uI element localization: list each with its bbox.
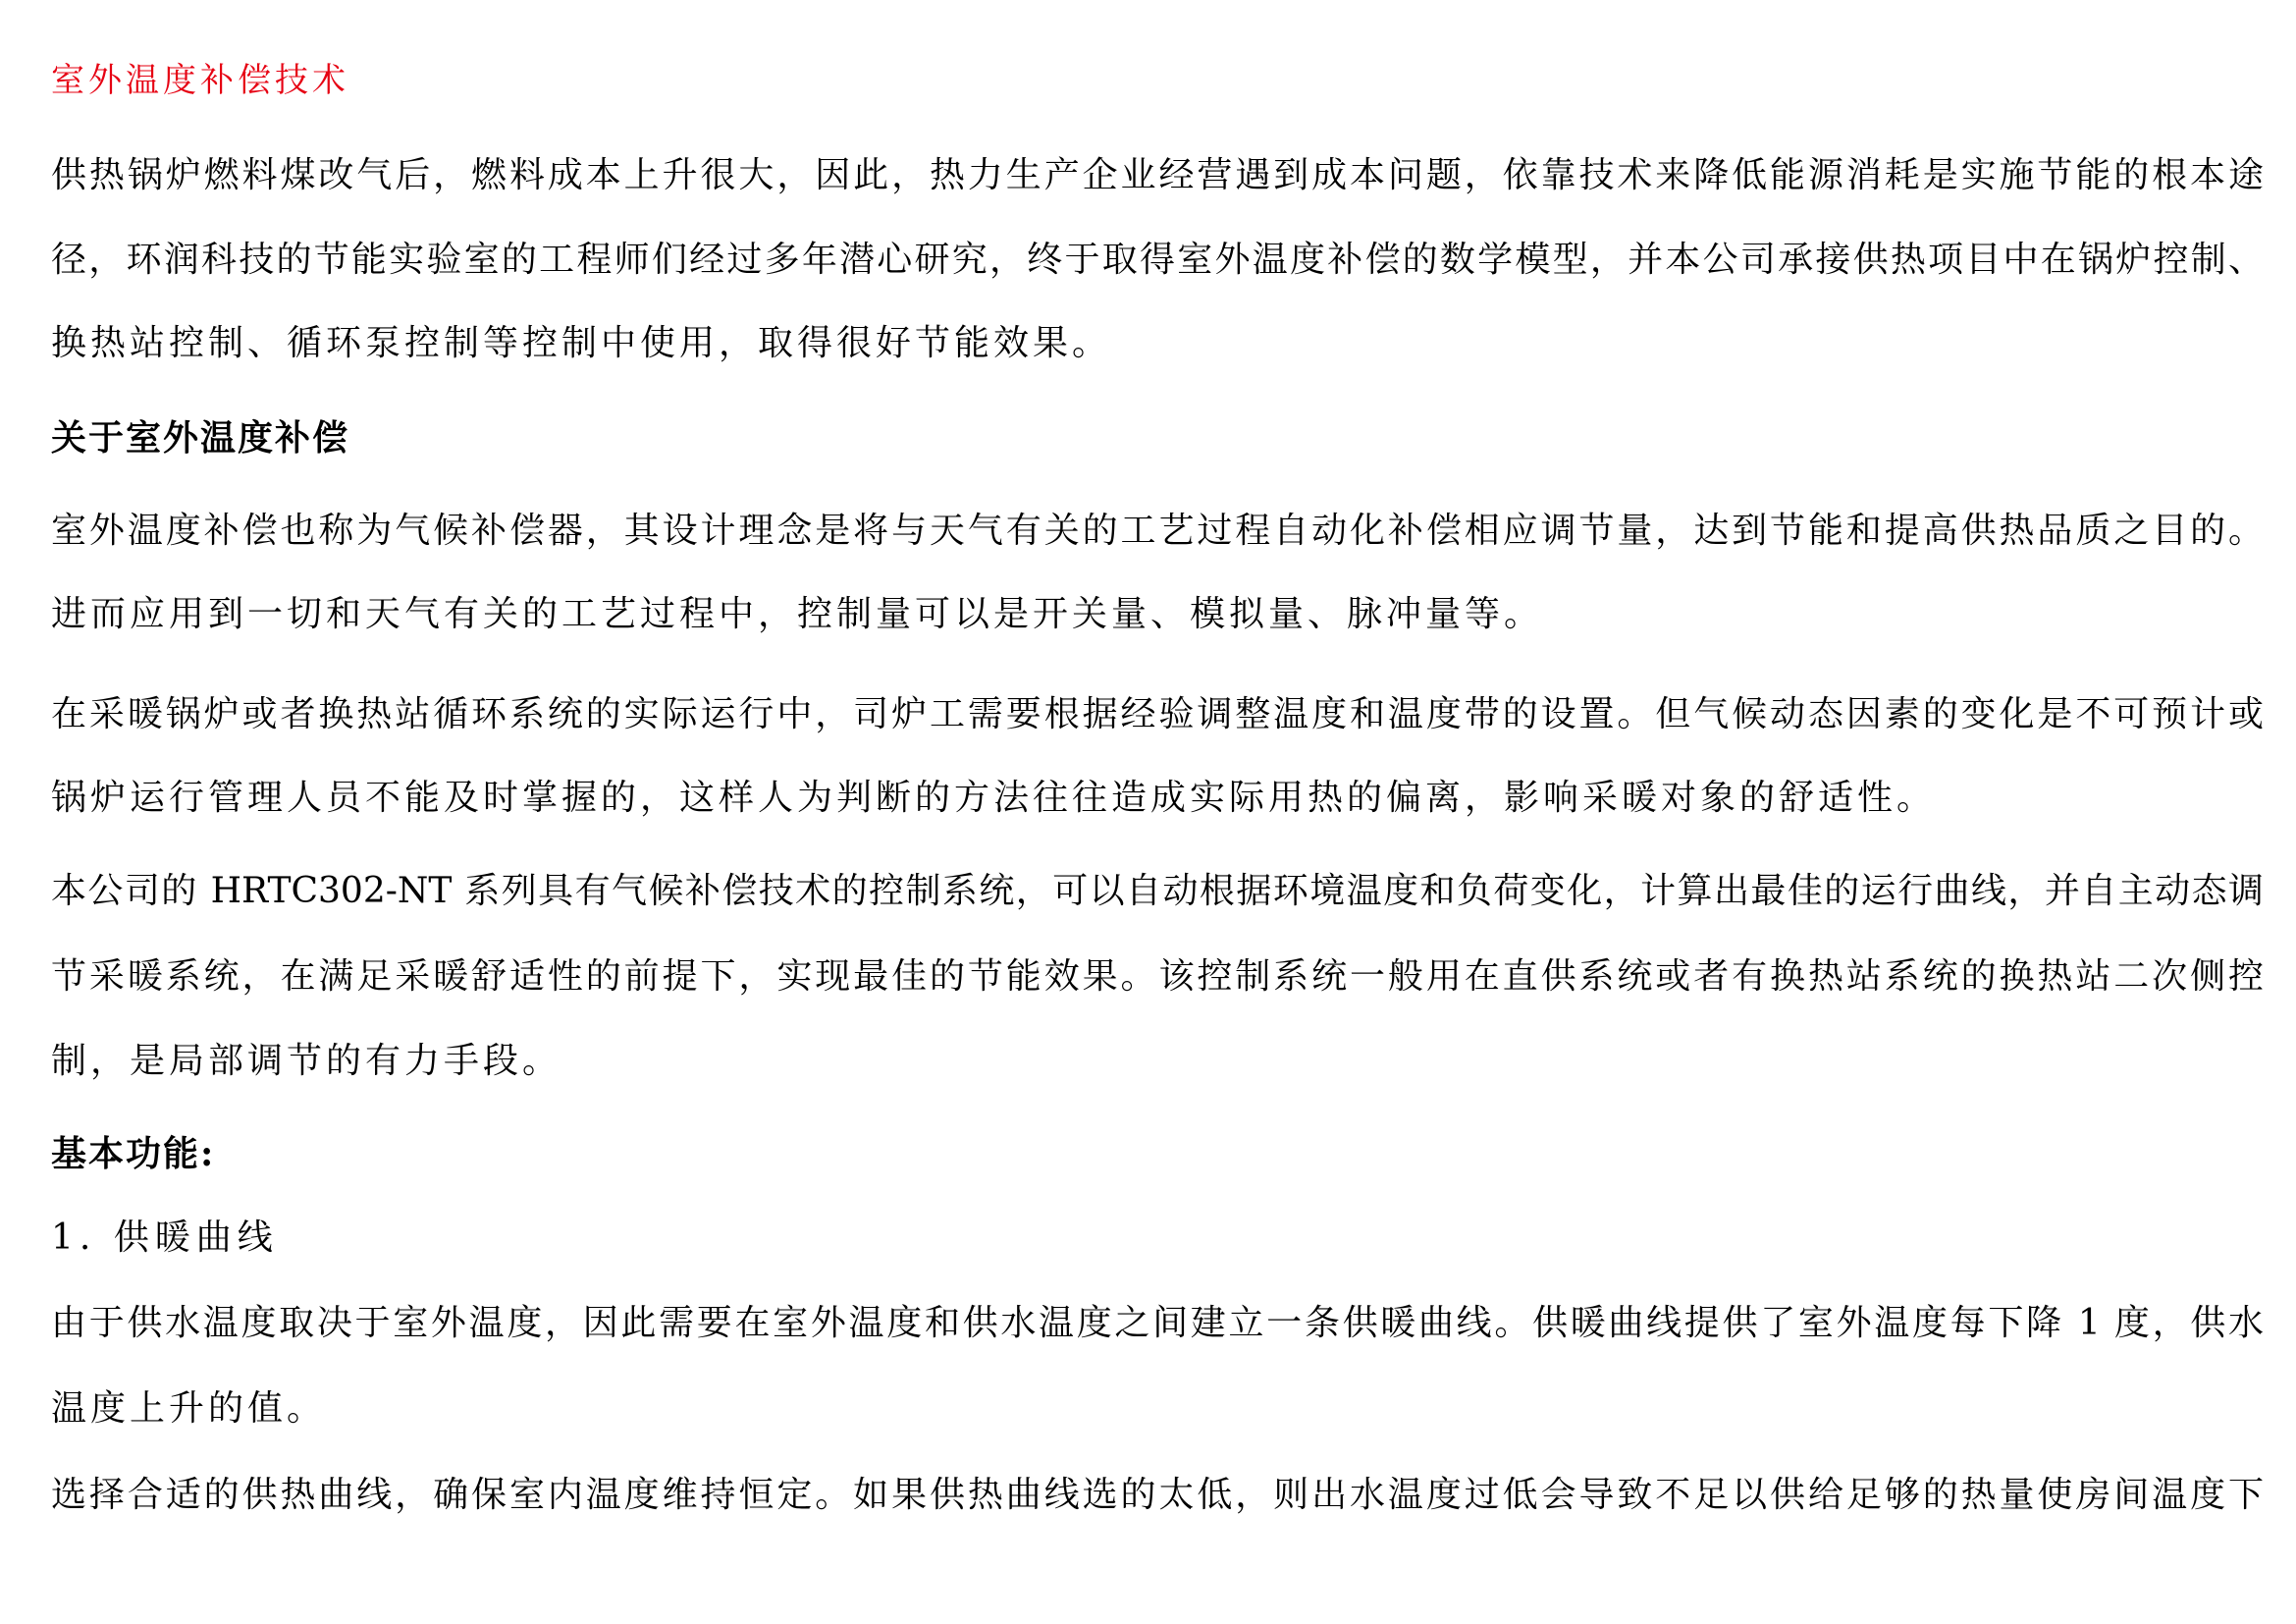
section-heading-about: 关于室外温度补偿 bbox=[51, 418, 2264, 458]
function-item-label: 1. 供暖曲线 bbox=[51, 1218, 2264, 1258]
about-paragraph-line: 锅炉运行管理人员不能及时掌握的，这样人为判断的方法往往造成实际用热的偏离，影响采… bbox=[51, 779, 2264, 818]
about-paragraph-line: 制，是局部调节的有力手段。 bbox=[51, 1042, 2264, 1081]
intro-line: 供热锅炉燃料煤改气后，燃料成本上升很大，因此，热力生产企业经营遇到成本问题，依靠… bbox=[51, 156, 2264, 195]
about-paragraph-line: 在采暖锅炉或者换热站循环系统的实际运行中，司炉工需要根据经验调整温度和温度带的设… bbox=[51, 695, 2264, 734]
about-paragraph-line: 室外温度补偿也称为气候补偿器，其设计理念是将与天气有关的工艺过程自动化补偿相应调… bbox=[51, 512, 2264, 551]
about-paragraph-line: 进而应用到一切和天气有关的工艺过程中，控制量可以是开关量、模拟量、脉冲量等。 bbox=[51, 595, 2264, 634]
about-paragraph-line: 节采暖系统，在满足采暖舒适性的前提下，实现最佳的节能效果。该控制系统一般用在直供… bbox=[51, 957, 2264, 997]
intro-line: 换热站控制、循环泵控制等控制中使用，取得很好节能效果。 bbox=[51, 324, 2264, 363]
function-paragraph-line: 由于供水温度取决于室外温度，因此需要在室外温度和供水温度之间建立一条供暖曲线。供… bbox=[51, 1304, 2264, 1343]
intro-line: 径，环润科技的节能实验室的工程师们经过多年潜心研究，终于取得室外温度补偿的数学模… bbox=[51, 241, 2264, 280]
function-paragraph-line: 选择合适的供热曲线，确保室内温度维持恒定。如果供热曲线选的太低，则出水温度过低会… bbox=[51, 1476, 2264, 1515]
section-heading-functions: 基本功能: bbox=[51, 1134, 2264, 1173]
document-title: 室外温度补偿技术 bbox=[51, 61, 2264, 100]
document-page: 室外温度补偿技术 供热锅炉燃料煤改气后，燃料成本上升很大，因此，热力生产企业经营… bbox=[0, 0, 2296, 1624]
function-paragraph-line: 温度上升的值。 bbox=[51, 1389, 2264, 1429]
about-paragraph-line: 本公司的 HRTC302-NT 系列具有气候补偿技术的控制系统，可以自动根据环境… bbox=[51, 872, 2264, 911]
